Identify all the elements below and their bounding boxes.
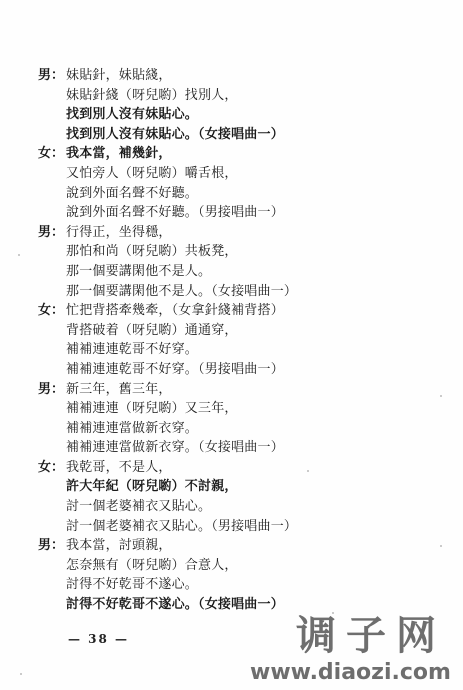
lyric-text: 我本當，補幾針， bbox=[66, 144, 172, 164]
scan-speck bbox=[440, 395, 442, 397]
speaker-label: 女： bbox=[38, 301, 66, 321]
lyric-text: 怎奈無有（呀兒喲）合意人， bbox=[66, 556, 238, 576]
lyric-line: 說到外面名聲不好聽。（男接唱曲一） bbox=[38, 203, 438, 223]
lyric-text: 補補連連乾哥不好穿。 bbox=[66, 340, 198, 360]
lyric-text: 我乾哥，不是人， bbox=[66, 458, 172, 478]
scan-speck bbox=[440, 545, 442, 547]
lyric-text: 那怕和尚（呀兒喲）共板凳， bbox=[66, 242, 238, 262]
scan-speck bbox=[20, 673, 22, 675]
speaker-label: 男： bbox=[38, 536, 66, 556]
lyric-text: 討得不好乾哥不遂心。（女接唱曲一） bbox=[66, 595, 284, 615]
lyric-text: 補補連連當做新衣穿。 bbox=[66, 419, 198, 439]
lyric-text: 妹貼針，妹貼綫， bbox=[66, 66, 172, 86]
lyric-line: 討得不好乾哥不遂心。 bbox=[38, 575, 438, 595]
lyric-text: 行得正，坐得穩， bbox=[66, 223, 172, 243]
lyric-line: 討一個老婆補衣又貼心。 bbox=[38, 497, 438, 517]
lyric-text: 找到別人沒有妹貼心。（女接唱曲一） bbox=[66, 125, 284, 145]
speaker-label: 女： bbox=[38, 458, 66, 478]
lyric-line: 又怕旁人（呀兒喲）嚼舌根， bbox=[38, 164, 438, 184]
scanned-page: 男： 妹貼針，妹貼綫， 妹貼針綫（呀兒喲）找別人， 找到別人沒有妹貼心。 找到別… bbox=[0, 0, 463, 690]
speaker-label: 男： bbox=[38, 223, 66, 243]
lyric-text: 我本當，討頭親， bbox=[66, 536, 172, 556]
lyric-line: 那一個要講閑他不是人。 bbox=[38, 262, 438, 282]
lyric-text: 忙把背搭牽幾牽，（女拿針綫補背搭） bbox=[66, 301, 284, 321]
lyric-line: 討一個老婆補衣又貼心。（男接唱曲一） bbox=[38, 517, 438, 537]
lyric-line: 補補連連乾哥不好穿。（男接唱曲一） bbox=[38, 360, 438, 380]
lyric-line: 那一個要講閑他不是人。（女接唱曲一） bbox=[38, 282, 438, 302]
lyric-line: 妹貼針綫（呀兒喲）找別人， bbox=[38, 86, 438, 106]
lyric-line: 男： 行得正，坐得穩， bbox=[38, 223, 438, 243]
stanza-3: 男： 行得正，坐得穩， 那怕和尚（呀兒喲）共板凳， 那一個要講閑他不是人。 那一… bbox=[38, 223, 438, 301]
speaker-label: 男： bbox=[38, 380, 66, 400]
lyric-text: 那一個要講閑他不是人。（女接唱曲一） bbox=[66, 282, 297, 302]
lyric-text: 補補連連乾哥不好穿。（男接唱曲一） bbox=[66, 360, 284, 380]
lyric-line: 怎奈無有（呀兒喲）合意人， bbox=[38, 556, 438, 576]
lyric-line: 許大年紀（呀兒喲）不討親， bbox=[38, 477, 438, 497]
stanza-7: 男： 我本當，討頭親， 怎奈無有（呀兒喲）合意人， 討得不好乾哥不遂心。 討得不… bbox=[38, 536, 438, 614]
lyric-line: 補補連連當做新衣穿。 bbox=[38, 419, 438, 439]
stanza-5: 男： 新三年，舊三年， 補補連連（呀兒喲）又三年， 補補連連當做新衣穿。 補補連… bbox=[38, 380, 438, 458]
stanza-1: 男： 妹貼針，妹貼綫， 妹貼針綫（呀兒喲）找別人， 找到別人沒有妹貼心。 找到別… bbox=[38, 66, 438, 144]
lyric-line: 補補連連乾哥不好穿。 bbox=[38, 340, 438, 360]
scan-speck bbox=[332, 612, 334, 614]
lyric-text: 又怕旁人（呀兒喲）嚼舌根， bbox=[66, 164, 238, 184]
lyric-line: 補補連連當做新衣穿。（女接唱曲一） bbox=[38, 438, 438, 458]
lyric-line: 女： 我乾哥，不是人， bbox=[38, 458, 438, 478]
speaker-label: 女： bbox=[38, 144, 66, 164]
lyric-text: 背搭破着（呀兒喲）通通穿， bbox=[66, 321, 238, 341]
lyric-line: 女： 我本當，補幾針， bbox=[38, 144, 438, 164]
stanza-2: 女： 我本當，補幾針， 又怕旁人（呀兒喲）嚼舌根， 說到外面名聲不好聽。 說到外… bbox=[38, 144, 438, 222]
lyric-text: 許大年紀（呀兒喲）不討親， bbox=[66, 477, 238, 497]
lyric-line: 討得不好乾哥不遂心。（女接唱曲一） bbox=[38, 595, 438, 615]
scan-speck bbox=[307, 470, 309, 472]
lyric-line: 那怕和尚（呀兒喲）共板凳， bbox=[38, 242, 438, 262]
lyric-text: 討一個老婆補衣又貼心。 bbox=[66, 497, 211, 517]
lyric-line: 找到別人沒有妹貼心。 bbox=[38, 105, 438, 125]
lyric-line: 說到外面名聲不好聽。 bbox=[38, 184, 438, 204]
lyric-text: 討一個老婆補衣又貼心。（男接唱曲一） bbox=[66, 517, 297, 537]
lyric-text: 補補連連（呀兒喲）又三年， bbox=[66, 399, 238, 419]
watermark-logo: 调子网 bbox=[296, 614, 446, 658]
lyric-line: 補補連連（呀兒喲）又三年， bbox=[38, 399, 438, 419]
lyric-line: 女： 忙把背搭牽幾牽，（女拿針綫補背搭） bbox=[38, 301, 438, 321]
lyric-line: 男： 新三年，舊三年， bbox=[38, 380, 438, 400]
lyric-text: 討得不好乾哥不遂心。 bbox=[66, 575, 198, 595]
song-lyrics: 男： 妹貼針，妹貼綫， 妹貼針綫（呀兒喲）找別人， 找到別人沒有妹貼心。 找到別… bbox=[38, 66, 438, 615]
lyric-text: 找到別人沒有妹貼心。 bbox=[66, 105, 198, 125]
lyric-line: 男： 妹貼針，妹貼綫， bbox=[38, 66, 438, 86]
scan-speck bbox=[18, 254, 20, 256]
lyric-text: 說到外面名聲不好聽。 bbox=[66, 184, 198, 204]
stanza-6: 女： 我乾哥，不是人， 許大年紀（呀兒喲）不討親， 討一個老婆補衣又貼心。 討一… bbox=[38, 458, 438, 536]
lyric-text: 那一個要講閑他不是人。 bbox=[66, 262, 211, 282]
lyric-text: 說到外面名聲不好聽。（男接唱曲一） bbox=[66, 203, 284, 223]
lyric-text: 妹貼針綫（呀兒喲）找別人， bbox=[66, 86, 238, 106]
watermark-url: www.diaozi.com bbox=[250, 660, 451, 686]
lyric-line: 找到別人沒有妹貼心。（女接唱曲一） bbox=[38, 125, 438, 145]
page-number: — 38 — bbox=[68, 632, 129, 646]
speaker-label: 男： bbox=[38, 66, 66, 86]
lyric-text: 補補連連當做新衣穿。（女接唱曲一） bbox=[66, 438, 284, 458]
stanza-4: 女： 忙把背搭牽幾牽，（女拿針綫補背搭） 背搭破着（呀兒喲）通通穿， 補補連連乾… bbox=[38, 301, 438, 379]
lyric-text: 新三年，舊三年， bbox=[66, 380, 172, 400]
lyric-line: 背搭破着（呀兒喲）通通穿， bbox=[38, 321, 438, 341]
lyric-line: 男： 我本當，討頭親， bbox=[38, 536, 438, 556]
